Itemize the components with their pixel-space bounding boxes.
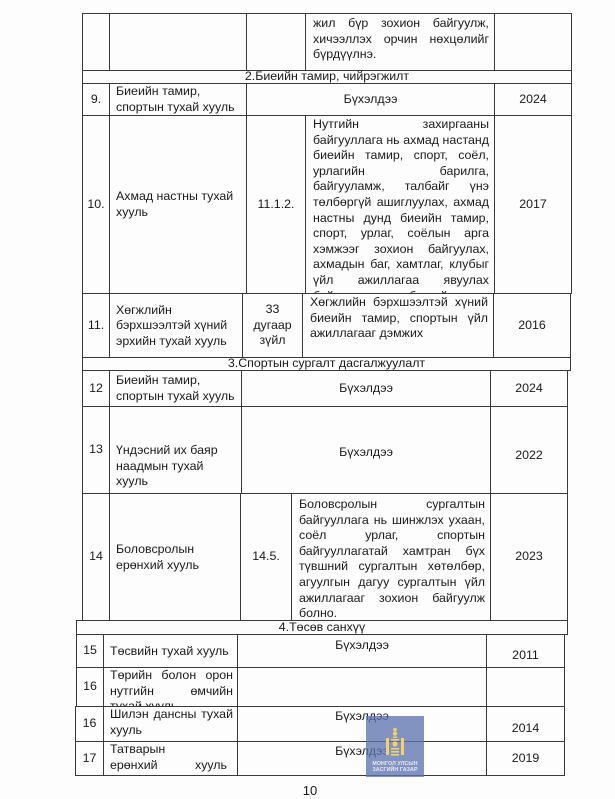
table-cell-scope: Бүхэлдээ: [237, 741, 487, 776]
table-cell-year: [494, 13, 572, 71]
table-cell-year: 2022: [490, 406, 568, 494]
table-cell-scope: Бүхэлдээ: [237, 634, 487, 668]
table-cell-year: 2016: [493, 293, 571, 358]
table-cell-article: 14.5.: [240, 493, 292, 621]
law-name-text: Татварын ерөнхий хууль: [110, 742, 233, 773]
table-cell-number: 15: [76, 634, 104, 668]
table-cell-year: 2024: [490, 370, 568, 407]
table-cell-law-name: Хөгжлийн бэрхшээлтэй хүний эрхийн тухай …: [109, 293, 243, 358]
table-cell-law-name: Төрийн болон орон нутгийн өмчийн тухай х…: [103, 667, 238, 707]
table-cell-number: 12: [82, 370, 110, 407]
table-cell-number: 10.: [82, 115, 110, 294]
section-header: 3.Спортын сургалт дасгалжуулалт: [82, 357, 571, 371]
watermark-line-2: ЗАСГИЙН ГАЗАР: [372, 767, 417, 773]
section-header: 4.Төсөв санхүү: [76, 620, 568, 635]
description-text: жил бүр зохион байгуулж, хичээллэх орчин…: [313, 16, 489, 63]
table-cell-number: [82, 13, 110, 71]
table-cell-scope: Бүхэлдээ: [246, 83, 495, 116]
table-cell-law-name: [109, 13, 247, 71]
table-cell-scope: [237, 667, 487, 707]
law-name-text: Төрийн болон орон нутгийн өмчийн тухай х…: [110, 668, 233, 707]
table-cell-scope: Бүхэлдээ: [237, 706, 487, 742]
table-cell-description: жил бүр зохион байгуулж, хичээллэх орчин…: [305, 13, 495, 71]
table-cell-law-name: Шилэн дансны тухай хууль: [103, 706, 238, 742]
law-name-text: Үндэсний их баяр наадмын тухай хууль: [116, 443, 237, 490]
law-name-text: Боловсролын ерөнхий хууль: [116, 542, 236, 573]
law-name-text: Биеийн тамир, спортын тухай хууль: [116, 84, 242, 115]
table-cell-description: Нутгийн захиргааны байгууллага нь ахмад …: [305, 115, 495, 294]
table-cell-law-name: Ахмад настны тухай хууль: [109, 115, 247, 294]
law-name-text: Биеийн тамир, спортын тухай хууль: [116, 373, 237, 404]
law-name-text: Хөгжлийн бэрхшээлтэй хүний эрхийн тухай …: [116, 303, 238, 350]
table-cell-law-name: Төсвийн тухай хууль: [103, 634, 238, 668]
table-cell-year: 2011: [486, 634, 565, 668]
law-name-text: Төсвийн тухай хууль: [110, 644, 229, 660]
table-cell-law-name: Боловсролын ерөнхий хууль: [109, 493, 241, 621]
table-cell-law-name: Татварын ерөнхий хууль: [103, 741, 238, 776]
table-cell-number: 13: [82, 406, 110, 494]
table-cell-year: 2024: [494, 83, 572, 116]
table-cell-year: 2017: [494, 115, 572, 294]
table-cell-law-name: Үндэсний их баяр наадмын тухай хууль: [109, 406, 242, 494]
page-number: 10: [290, 783, 330, 799]
table-cell-year: 2023: [490, 493, 568, 621]
table-cell-law-name: Биеийн тамир, спортын тухай хууль: [109, 83, 247, 116]
document-page: жил бүр зохион байгуулж, хичээллэх орчин…: [0, 0, 615, 799]
table-cell-year: 2019: [486, 741, 565, 776]
table-cell-article: 11.1.2.: [246, 115, 306, 294]
table-cell-number: 16: [76, 667, 104, 707]
table-cell-scope: Бүхэлдээ: [241, 370, 491, 407]
table-cell-number: 14: [82, 493, 110, 621]
law-name-text: Ахмад настны тухай хууль: [116, 189, 242, 220]
table-cell-article: 33 дугаар зүйл: [242, 293, 303, 358]
table-cell-number: 9.: [82, 83, 110, 116]
description-text: Боловсролын сургалтын байгууллага нь шин…: [299, 497, 485, 621]
description-text: Хөгжлийн бэрхшээлтэй хүний биеийн тамир,…: [310, 295, 488, 342]
government-watermark: МОНГОЛ УЛСЫН ЗАСГИЙН ГАЗАР: [366, 716, 424, 777]
table-cell-law-name: Биеийн тамир, спортын тухай хууль: [109, 370, 242, 407]
table-cell-year: [486, 667, 565, 707]
table-cell-year: 2014: [486, 706, 565, 742]
table-cell-scope: Бүхэлдээ: [241, 406, 491, 494]
table-cell-description: Хөгжлийн бэрхшээлтэй хүний биеийн тамир,…: [302, 293, 494, 358]
table-cell-article: [246, 13, 306, 71]
section-header: 2.Биеийн тамир, чийрэгжилт: [82, 70, 572, 84]
table-cell-number: 17: [75, 741, 104, 776]
description-text: Нутгийн захиргааны байгууллага нь ахмад …: [313, 117, 489, 294]
table-cell-number: 11.: [82, 293, 110, 358]
table-cell-number: 16: [75, 706, 104, 742]
table-cell-description: Боловсролын сургалтын байгууллага нь шин…: [291, 493, 491, 621]
law-name-text: Шилэн дансны тухай хууль: [110, 707, 233, 738]
soyombo-emblem-icon: [384, 727, 406, 757]
